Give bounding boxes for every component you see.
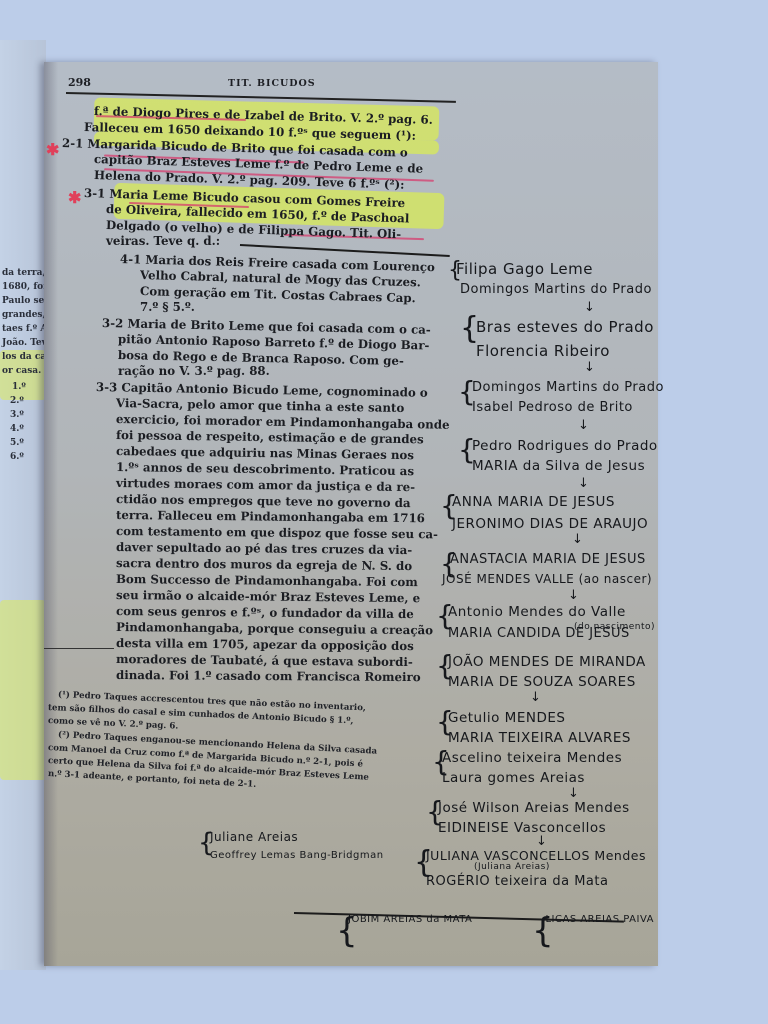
fragment-list-item: 5.º	[10, 438, 24, 448]
ancestor-name: MARIA da Silva de Jesus	[472, 458, 645, 474]
text-line: desta villa em 1705, apezar da opposição…	[116, 636, 414, 653]
down-arrow-icon: ↓	[536, 834, 547, 849]
ancestor-name: JOSÉ MENDES VALLE (ao nascer)	[442, 572, 652, 586]
side-note-name: Juliane Areias	[210, 830, 298, 844]
ancestor-name: Domingos Martins do Prado	[472, 380, 664, 395]
ancestor-name: JERONIMO DIAS DE ARAUJO	[452, 516, 648, 532]
ancestor-name: Getulio MENDES	[448, 710, 565, 726]
ancestor-name: JOÃO MENDES DE MIRANDA	[448, 654, 646, 670]
connector-line	[240, 244, 450, 256]
fragment-list-item: 6.º	[10, 452, 24, 462]
ancestor-name: ANASTACIA MARIA DE JESUS	[450, 552, 646, 567]
ancestor-name: José Wilson Areias Mendes	[438, 800, 630, 816]
text-line: com testamento em que dispoz que fosse s…	[116, 524, 438, 541]
text-line: com seus genros e f.ºˢ, o fundador da vi…	[116, 604, 414, 621]
ancestor-name: Domingos Martins do Prado	[460, 282, 652, 297]
down-arrow-icon: ↓	[584, 300, 595, 315]
text-line: virtudes moraes com amor da justiça e da…	[116, 476, 415, 494]
annotation-note: (Juliana Areias)	[474, 862, 550, 872]
star-mark-icon: ✱	[68, 188, 81, 207]
down-arrow-icon: ↓	[568, 588, 579, 603]
down-arrow-icon: ↓	[568, 786, 579, 801]
down-arrow-icon: ↓	[530, 690, 541, 705]
page-gutter-shadow	[44, 62, 58, 966]
text-line: 1.ºˢ annos de seu descobrimento. Pratico…	[116, 460, 414, 478]
ancestor-name: MARIA DE SOUZA SOARES	[448, 674, 636, 690]
ancestor-name: EIDINEISE Vasconcellos	[438, 820, 606, 836]
ancestor-name: Filipa Gago Leme	[456, 260, 593, 278]
text-line: 7.º § 5.º.	[140, 300, 195, 314]
ancestor-name: Bras esteves do Prado	[476, 318, 654, 336]
ancestor-name: ANNA MARIA DE JESUS	[452, 494, 615, 510]
text-line: Pindamonhangaba, porque conseguiu a crea…	[116, 620, 433, 637]
ancestor-name: MARIA TEIXEIRA ALVARES	[448, 730, 631, 746]
ancestor-name: Antonio Mendes do Valle	[448, 604, 626, 620]
side-note-name: Geoffrey Lemas Bang-Bridgman	[210, 850, 384, 861]
text-line: Bom Successo de Pindamonhangaba. Foi com	[116, 572, 418, 589]
text-line: foi pessoa de respeito, estimação e de g…	[116, 428, 424, 446]
star-mark-icon: ✱	[46, 140, 59, 159]
ancestor-name: Isabel Pedroso de Brito	[472, 400, 633, 415]
text-line: ração no V. 3.º pag. 88.	[118, 364, 270, 378]
text-line: dinada. Foi 1.º casado com Francisca Rom…	[116, 668, 421, 684]
text-line: terra. Falleceu em Pindamonhangaba em 17…	[116, 508, 425, 525]
down-arrow-icon: ↓	[584, 360, 595, 375]
footnote-line: como se vê no V. 2.º pag. 6.	[48, 716, 179, 732]
footnote-rule	[44, 648, 114, 649]
ancestor-name: Ascelino teixeira Mendes	[442, 750, 622, 766]
text-line: sacra dentro dos muros da egreja de N. S…	[116, 556, 412, 573]
down-arrow-icon: ↓	[578, 476, 589, 491]
down-arrow-icon: ↓	[578, 418, 589, 433]
highlight	[0, 600, 46, 780]
text-line: veiras. Teve q. d.:	[106, 234, 220, 248]
running-title: TIT. BICUDOS	[228, 78, 316, 89]
book-page: 298 TIT. BICUDOS ✱ ✱ f.ª de Diogo Pires …	[44, 62, 658, 966]
fragment-list-item: 3.º	[10, 410, 24, 420]
ancestor-name: Laura gomes Areias	[442, 770, 585, 786]
ancestor-name: Pedro Rodrigues do Prado	[472, 438, 658, 454]
text-line: daver sepultado ao pé das tres cruzes da…	[116, 540, 412, 557]
child-name: JOBIM AREIAS da MATA	[348, 914, 472, 925]
text-line: ctidão nos empregos que teve no governo …	[116, 492, 411, 510]
ancestor-name: JULIANA VASCONCELLOS Mendes	[426, 848, 646, 863]
page-number: 298	[68, 76, 91, 89]
ancestor-name: Florencia Ribeiro	[476, 342, 610, 360]
ancestor-name: ROGÉRIO teixeira da Mata	[426, 874, 608, 889]
fragment-list-item: 4.º	[10, 424, 24, 434]
down-arrow-icon: ↓	[572, 532, 583, 547]
text-line: seu irmão o alcaide-mór Braz Esteves Lem…	[116, 588, 420, 605]
text-line: cabedaes que adquiriu nas Minas Geraes n…	[116, 444, 414, 462]
facing-page-fragment: da terra, n 1680, foi mora Paulo se da g…	[0, 40, 46, 970]
child-name: LICAS AREIAS PAIVA	[544, 914, 654, 925]
fragment-list-item: 1.º	[12, 382, 26, 392]
text-line: moradores de Taubaté, á que estava subor…	[116, 652, 413, 669]
ancestor-name: MARIA CANDIDA DE JESUS	[448, 626, 630, 641]
fragment-list-item: 2.º	[10, 396, 24, 406]
